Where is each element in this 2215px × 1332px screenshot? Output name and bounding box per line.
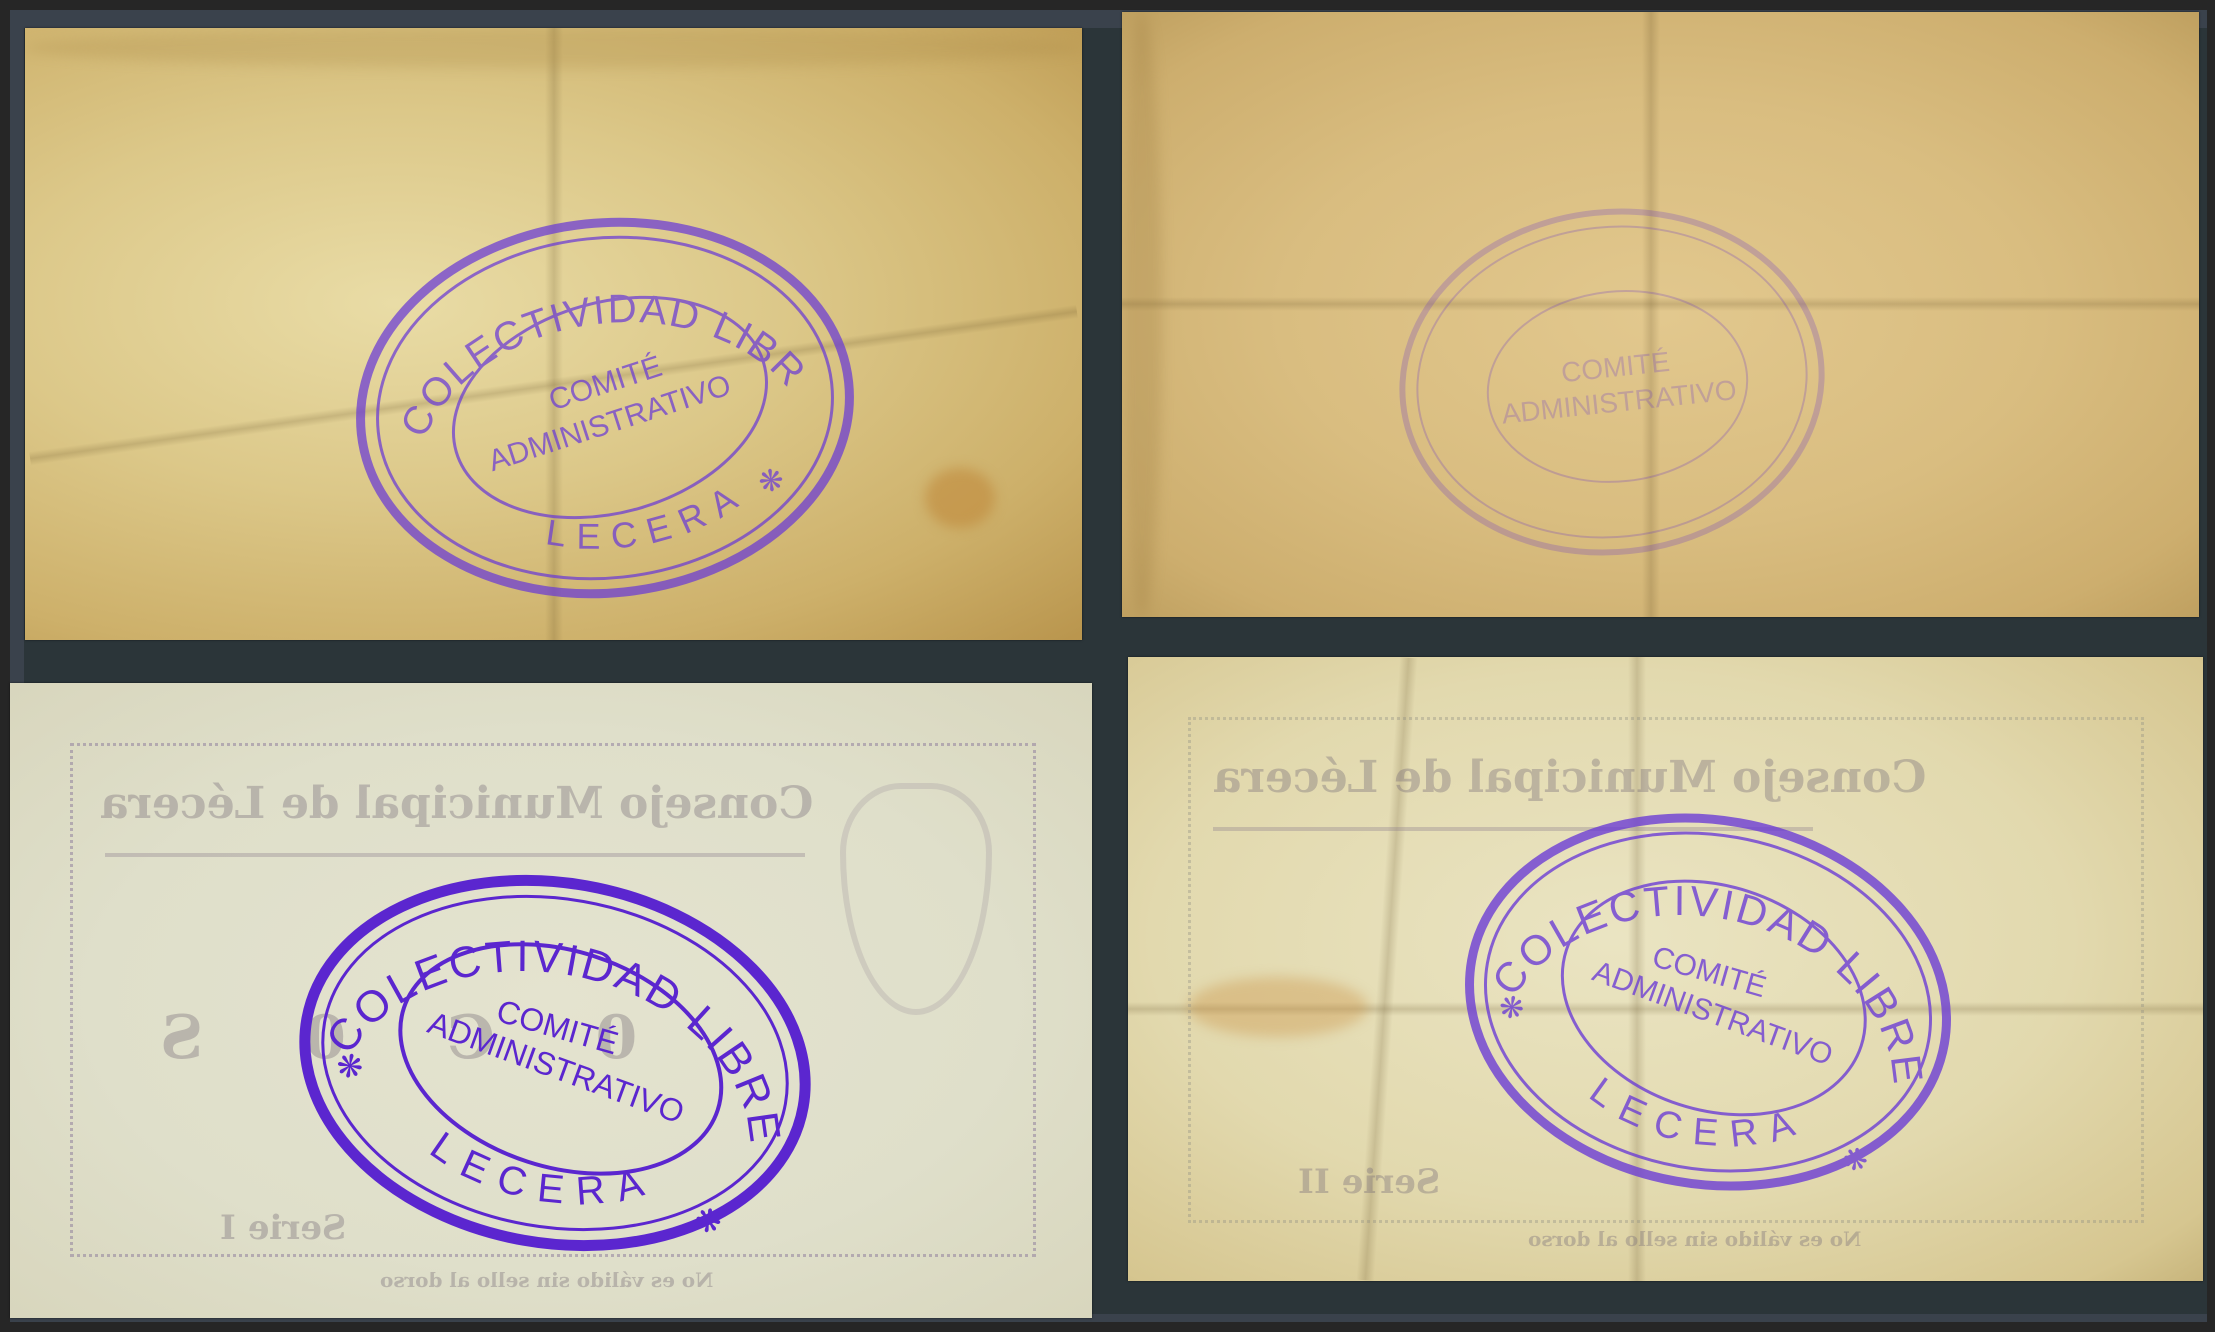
stain bbox=[925, 468, 995, 528]
svg-text:❋: ❋ bbox=[757, 464, 785, 499]
banknote-top-right: COMITÉ ADMINISTRATIVO bbox=[1122, 12, 2199, 617]
mirrored-header-text: Consejo Municipal de Lécera bbox=[100, 778, 813, 829]
mirrored-footer-text: No es válido sin sello al dorso bbox=[1528, 1227, 1861, 1251]
mirrored-serie-text: Serie II bbox=[1298, 1162, 1440, 1202]
banknote-bottom-left: Consejo Municipal de Lécera 0 C 0 S Seri… bbox=[10, 683, 1092, 1318]
collective-stamp: COLECTIVIDAD LIBRE COMITÉ ADMINISTRATIVO… bbox=[326, 182, 885, 634]
faded-collective-stamp: COMITÉ ADMINISTRATIVO bbox=[1374, 180, 1849, 584]
svg-text:❋: ❋ bbox=[1840, 1142, 1870, 1179]
svg-text:LECERA: LECERA bbox=[417, 1118, 668, 1231]
stamp-svg: COLECTIVIDAD LIBRE COMITÉ ADMINISTRATIVO… bbox=[326, 182, 885, 634]
svg-text:LECERA: LECERA bbox=[537, 469, 758, 564]
stamp-svg: COMITÉ ADMINISTRATIVO bbox=[1374, 180, 1849, 584]
banknote-bottom-right: Consejo Municipal de Lécera Serie II No … bbox=[1128, 657, 2203, 1281]
svg-text:ADMINISTRATIVO: ADMINISTRATIVO bbox=[1500, 374, 1738, 429]
banknote-top-left: COLECTIVIDAD LIBRE COMITÉ ADMINISTRATIVO… bbox=[25, 28, 1082, 640]
svg-text:❋: ❋ bbox=[1496, 990, 1526, 1027]
svg-text:❋: ❋ bbox=[333, 1046, 366, 1086]
svg-text:❋: ❋ bbox=[692, 1201, 725, 1241]
stain bbox=[1122, 12, 1162, 617]
svg-text:LECERA: LECERA bbox=[1577, 1061, 1820, 1173]
stain bbox=[25, 28, 1082, 68]
